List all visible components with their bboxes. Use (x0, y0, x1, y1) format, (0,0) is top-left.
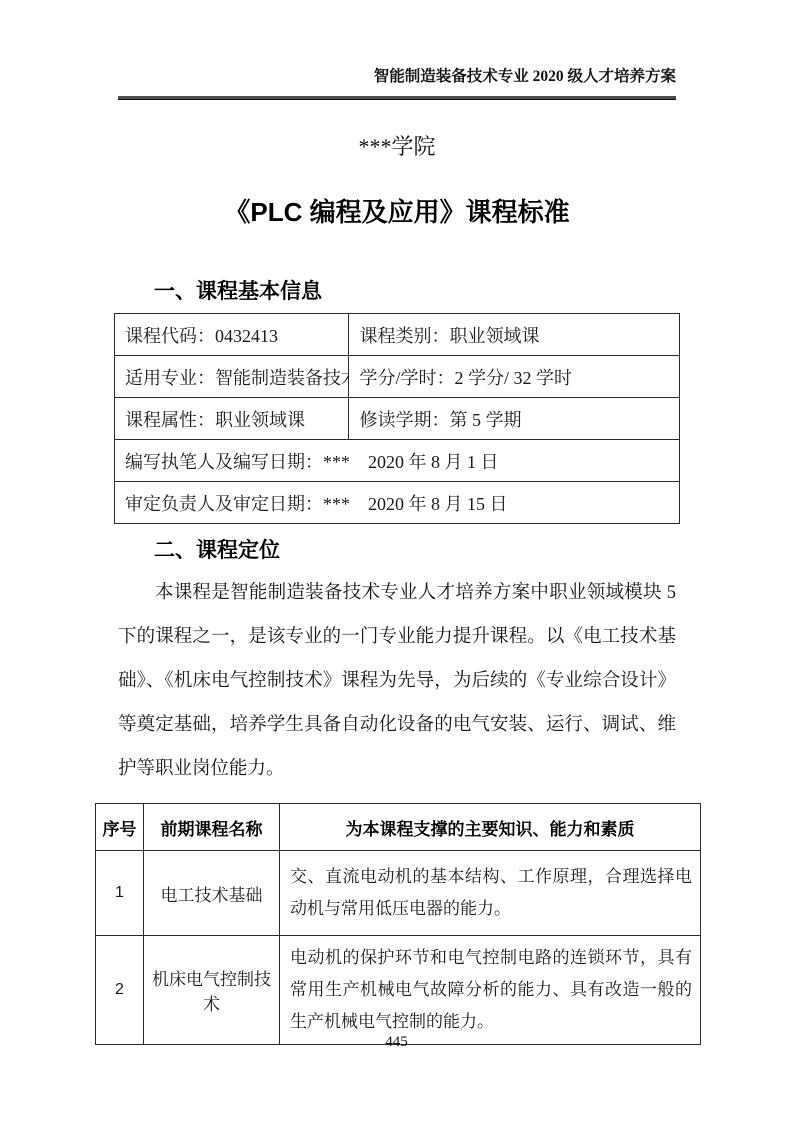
institution-title: ***学院 (118, 134, 676, 160)
table-row: 课程代码：0432413 课程类别：职业领域课 (115, 314, 680, 356)
section-heading-course-positioning: 二、课程定位 (118, 538, 676, 563)
applicable-major-cell: 适用专业：智能制造装备技术 (115, 356, 349, 398)
prereq-course-description: 交、直流电动机的基本结构、工作原理，合理选择电动机与常用低压电器的能力。 (280, 851, 701, 936)
prereq-course-description: 电动机的保护环节和电气控制电路的连锁环节，具有常用生产机械电气故障分析的能力、具… (280, 936, 701, 1045)
author-date-cell: 编写执笔人及编写日期：*** 2020 年 8 月 1 日 (115, 440, 680, 482)
course-positioning-paragraph: 本课程是智能制造装备技术专业人才培养方案中职业领域模块 5 下的课程之一，是该专… (118, 571, 676, 791)
reviewer-date-cell: 审定负责人及审定日期：*** 2020 年 8 月 15 日 (115, 482, 680, 524)
table-header-row: 序号 前期课程名称 为本课程支撑的主要知识、能力和素质 (96, 804, 701, 851)
document-page: 智能制造装备技术专业 2020 级人才培养方案 ***学院 《PLC 编程及应用… (0, 0, 793, 1122)
course-code-cell: 课程代码：0432413 (115, 314, 349, 356)
table-row: 课程属性：职业领域课 修读学期：第 5 学期 (115, 398, 680, 440)
page-header-text: 智能制造装备技术专业 2020 级人才培养方案 (118, 0, 676, 88)
col-header-support: 为本课程支撑的主要知识、能力和素质 (280, 804, 701, 851)
table-row: 编写执笔人及编写日期：*** 2020 年 8 月 1 日 (115, 440, 680, 482)
table-row: 审定负责人及审定日期：*** 2020 年 8 月 15 日 (115, 482, 680, 524)
col-header-number: 序号 (96, 804, 144, 851)
header-rule (118, 96, 676, 100)
course-standard-title: 《PLC 编程及应用》课程标准 (118, 197, 676, 227)
credits-hours-cell: 学分/学时：2 学分/ 32 学时 (349, 356, 680, 398)
study-semester-cell: 修读学期：第 5 学期 (349, 398, 680, 440)
row-number: 2 (96, 936, 144, 1045)
row-number: 1 (96, 851, 144, 936)
course-attribute-cell: 课程属性：职业领域课 (115, 398, 349, 440)
course-category-cell: 课程类别：职业领域课 (349, 314, 680, 356)
course-info-table: 课程代码：0432413 课程类别：职业领域课 适用专业：智能制造装备技术 学分… (114, 313, 680, 524)
section-heading-basic-info: 一、课程基本信息 (118, 279, 676, 304)
table-row: 1 电工技术基础 交、直流电动机的基本结构、工作原理，合理选择电动机与常用低压电… (96, 851, 701, 936)
col-header-course-name: 前期课程名称 (144, 804, 280, 851)
table-row: 适用专业：智能制造装备技术 学分/学时：2 学分/ 32 学时 (115, 356, 680, 398)
table-row: 2 机床电气控制技术 电动机的保护环节和电气控制电路的连锁环节，具有常用生产机械… (96, 936, 701, 1045)
page-number: 445 (0, 1034, 793, 1051)
prereq-course-name: 电工技术基础 (144, 851, 280, 936)
prerequisite-courses-table: 序号 前期课程名称 为本课程支撑的主要知识、能力和素质 1 电工技术基础 交、直… (95, 803, 701, 1045)
prereq-course-name: 机床电气控制技术 (144, 936, 280, 1045)
